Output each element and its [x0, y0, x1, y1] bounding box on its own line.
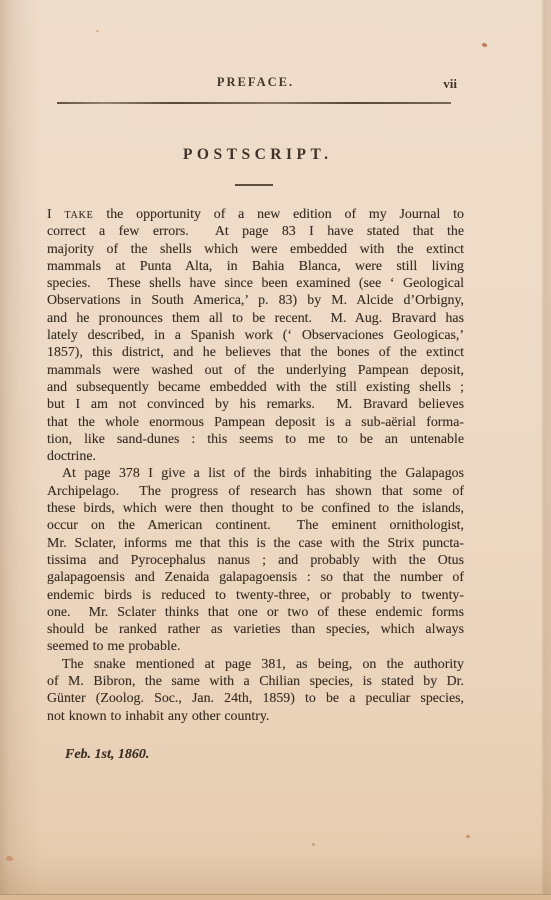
body-line: Archipelago. The progress of research ha… [47, 483, 464, 500]
paper-speck [96, 30, 99, 32]
body-line: I take the opportunity of a new edition … [47, 206, 464, 223]
running-head: PREFACE. vii [47, 75, 464, 95]
body-line: Mr. Sclater, informs me that this is the… [47, 535, 464, 552]
body-line: one. Mr. Sclater thinks that one or two … [47, 604, 464, 621]
body-line: of M. Bibron, the same with a Chilian sp… [47, 673, 464, 690]
opening-line-rest: the opportunity of a new edition of my J… [106, 207, 464, 222]
body-line: At page 378 I give a list of the birds i… [47, 465, 464, 482]
body-line: not known to inhabit any other country. [47, 708, 464, 725]
page-right-edge [541, 0, 551, 900]
body-line: lately described, in a Spanish work (‘ O… [47, 327, 464, 344]
head-rule [57, 102, 451, 104]
body-text: I take the opportunity of a new edition … [47, 206, 464, 725]
body-line: The snake mentioned at page 381, as bein… [47, 656, 464, 673]
date-line: Feb. 1st, 1860. [65, 747, 149, 763]
body-line: species. These shells have since been ex… [47, 275, 464, 292]
body-line: should be ranked rather as varieties tha… [47, 621, 464, 638]
body-line: mammals at Punta Alta, in Bahia Blanca, … [47, 258, 464, 275]
body-line: Günter (Zoolog. Soc., Jan. 24th, 1859) t… [47, 690, 464, 707]
opening-word-smallcaps: take [64, 207, 93, 222]
body-line: that the whole enormous Pampean deposit … [47, 414, 464, 431]
title-rule [235, 184, 273, 186]
running-title: PREFACE. [47, 75, 464, 90]
page-bottom-lip [0, 894, 551, 900]
paper-speck [6, 856, 13, 861]
body-line: correct a few errors. At page 83 I have … [47, 223, 464, 240]
paper-speck [312, 843, 315, 846]
body-line: occur on the American continent. The emi… [47, 517, 464, 534]
page-number: vii [443, 76, 457, 92]
body-line: seemed to me probable. [47, 638, 464, 655]
body-line: but I am not convinced by his remarks. M… [47, 396, 464, 413]
page-bottom-shadow [0, 852, 551, 900]
body-line: endemic birds is reduced to twenty-three… [47, 587, 464, 604]
body-line: 1857), this district, and he believes th… [47, 344, 464, 361]
body-line: mammals were washed out of the underlyin… [47, 362, 464, 379]
body-line: these birds, which were then thought to … [47, 500, 464, 517]
body-line: Observations in South America,’ p. 83) b… [47, 292, 464, 309]
body-line: doctrine. [47, 448, 464, 465]
body-line: majority of the shells which were embedd… [47, 241, 464, 258]
paper-speck [481, 42, 487, 48]
body-line: galapagoensis and Zenaida galapagoensis … [47, 569, 464, 586]
body-line: and subsequently became embedded with th… [47, 379, 464, 396]
body-line: tion, like sand-dunes : this seems to me… [47, 431, 464, 448]
section-title: POSTSCRIPT. [47, 146, 464, 164]
body-line: tissima and Pyrocephalus nanus ; and pro… [47, 552, 464, 569]
book-page: PREFACE. vii POSTSCRIPT. I take the oppo… [0, 0, 551, 900]
paper-speck [466, 835, 470, 838]
opening-word-pre: I [47, 207, 52, 222]
body-line: and he pronounces them all to be recent.… [47, 310, 464, 327]
binding-gutter-shadow [0, 0, 42, 900]
